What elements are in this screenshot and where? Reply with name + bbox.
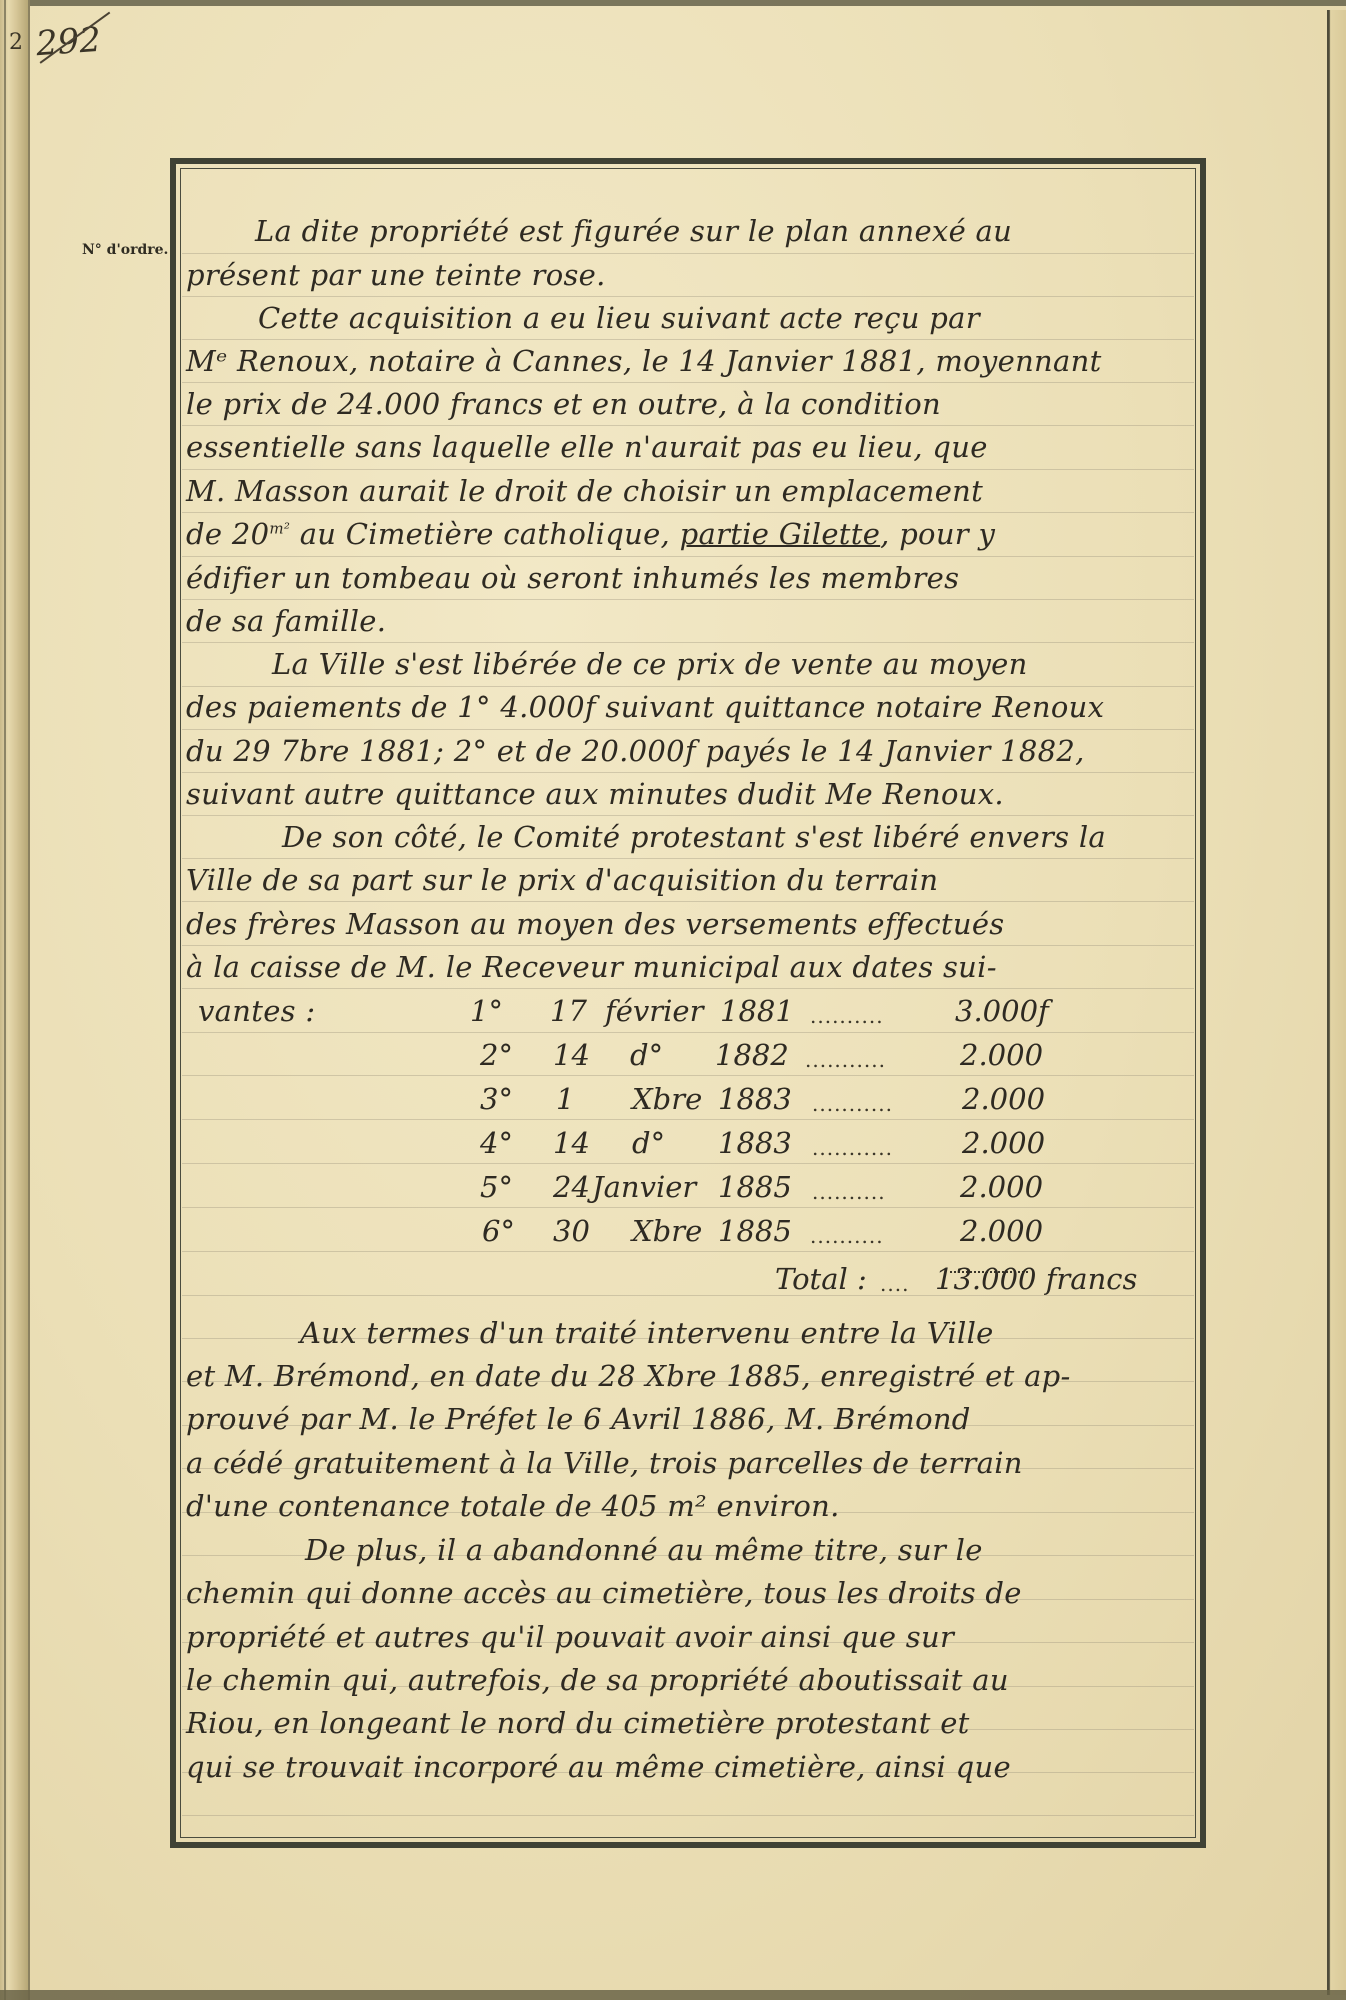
- text-line: le chemin qui, autrefois, de sa propriét…: [186, 1663, 1009, 1697]
- total-value: 13.000 francs: [935, 1262, 1137, 1296]
- underlined-place-name: partie Gilette: [680, 517, 881, 551]
- text-line: Mᵉ Renoux, notaire à Cannes, le 14 Janvi…: [186, 344, 1102, 378]
- text-line: essentielle sans laquelle elle n'aurait …: [186, 430, 988, 464]
- text-line: présent par une teinte rose.: [186, 258, 606, 292]
- text-line: La Ville s'est libérée de ce prix de ven…: [272, 647, 1028, 681]
- total-label: Total :: [775, 1262, 867, 1296]
- register-page: 2 292 N° d'ordre. La dite propriété est …: [0, 0, 1346, 2000]
- text-line: M. Masson aurait le droit de choisir un …: [186, 474, 983, 508]
- text-line: d'une contenance totale de 405 m² enviro…: [186, 1489, 840, 1523]
- text-line: qui se trouvait incorporé au même cimeti…: [186, 1750, 1011, 1784]
- text-line: De plus, il a abandonné au même titre, s…: [305, 1533, 983, 1567]
- text-line: De son côté, le Comité protestant s'est …: [282, 820, 1106, 854]
- spine-mark: 2: [9, 30, 23, 55]
- page-right-edge: [1327, 10, 1346, 1995]
- text-line: a cédé gratuitement à la Ville, trois pa…: [186, 1446, 1023, 1480]
- text-line: à la caisse de M. le Receveur municipal …: [186, 950, 997, 984]
- text-line: Cette acquisition a eu lieu suivant acte…: [258, 301, 980, 335]
- order-number-label: N° d'ordre.: [82, 242, 168, 258]
- book-spine: [0, 0, 30, 2000]
- text-line: édifier un tombeau où seront inhumés les…: [186, 561, 959, 595]
- text-line: des frères Masson au moyen des versement…: [186, 907, 1004, 941]
- text-line: prouvé par M. le Préfet le 6 Avril 1886,…: [186, 1402, 971, 1436]
- page-bottom-edge: [0, 1990, 1346, 2000]
- text-line: Ville de sa part sur le prix d'acquisiti…: [186, 863, 938, 897]
- page-top-edge: [0, 0, 1346, 6]
- text-line: du 29 7bre 1881; 2° et de 20.000f payés …: [186, 734, 1085, 768]
- text-line: vantes :: [198, 994, 315, 1028]
- text-line: et M. Brémond, en date du 28 Xbre 1885, …: [186, 1359, 1071, 1393]
- text-line: des paiements de 1° 4.000f suivant quitt…: [186, 690, 1104, 724]
- text-line: chemin qui donne accès au cimetière, tou…: [186, 1576, 1022, 1610]
- text-line: La dite propriété est figurée sur le pla…: [255, 214, 1012, 248]
- text-line: propriété et autres qu'il pouvait avoir …: [186, 1620, 954, 1654]
- text-line: Riou, en longeant le nord du cimetière p…: [186, 1706, 970, 1740]
- text-line: suivant autre quittance aux minutes dudi…: [186, 777, 1004, 811]
- text-line-with-underline: de 20m² au Cimetière catholique, partie …: [186, 517, 995, 551]
- text-line: de sa famille.: [186, 604, 386, 638]
- text-line: Aux termes d'un traité intervenu entre l…: [300, 1316, 994, 1350]
- text-line: le prix de 24.000 francs et en outre, à …: [186, 387, 941, 421]
